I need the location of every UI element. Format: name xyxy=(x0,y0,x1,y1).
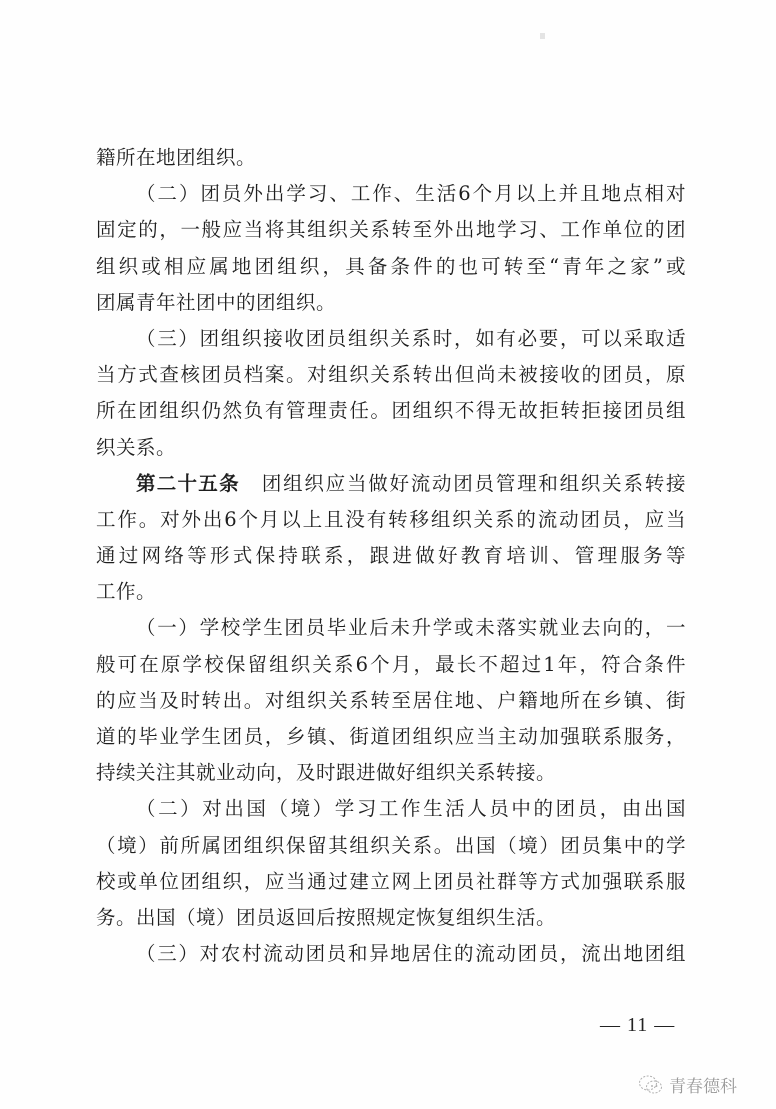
text-line: （三）对农村流动团员和异地居住的流动团员，流出地团组 xyxy=(96,936,686,972)
text-line: 通过网络等形式保持联系，跟进做好教育培训、管理服务等 xyxy=(96,538,686,574)
article-text: 团组织应当做好流动团员管理和组织关系转接 xyxy=(262,472,686,495)
text-line: 组织或相应属地团组织，具备条件的也可转至“青年之家”或 xyxy=(96,249,686,285)
text-line: 务。出国（境）团员返回后按照规定恢复组织生活。 xyxy=(96,900,686,936)
text-line: 持续关注其就业动向，及时跟进做好组织关系转接。 xyxy=(96,755,686,791)
text-line: （二）对出国（境）学习工作生活人员中的团员，由出国 xyxy=(96,791,686,827)
text-line: 工作。 xyxy=(96,574,686,610)
text-line: 团属青年社团中的团组织。 xyxy=(96,285,686,321)
document-page: 籍所在地团组织。 （二）团员外出学习、工作、生活6个月以上并且地点相对 固定的，… xyxy=(0,0,776,1109)
watermark-label: 青春德科 xyxy=(669,1072,737,1097)
document-body: 籍所在地团组织。 （二）团员外出学习、工作、生活6个月以上并且地点相对 固定的，… xyxy=(96,140,686,972)
text-line: （三）团组织接收团员组织关系时，如有必要，可以采取适 xyxy=(96,321,686,357)
text-line: 工作。对外出6个月以上且没有转移组织关系的流动团员，应当 xyxy=(96,502,686,538)
text-line: 固定的，一般应当将其组织关系转至外出地学习、工作单位的团 xyxy=(96,212,686,248)
text-line: 的应当及时转出。对组织关系转至居住地、户籍地所在乡镇、街 xyxy=(96,683,686,719)
article-number: 第二十五条 xyxy=(136,472,240,495)
text-line: 籍所在地团组织。 xyxy=(96,140,686,176)
text-line: 所在团组织仍然负有管理责任。团组织不得无故拒转拒接团员组 xyxy=(96,393,686,429)
text-line: 织关系。 xyxy=(96,430,686,466)
text-line: 道的毕业学生团员，乡镇、街道团组织应当主动加强联系服务， xyxy=(96,719,686,755)
scan-speck xyxy=(540,33,545,39)
text-line: 当方式查核团员档案。对组织关系转出但尚未被接收的团员，原 xyxy=(96,357,686,393)
article-heading-line: 第二十五条团组织应当做好流动团员管理和组织关系转接 xyxy=(96,466,686,502)
text-line: 校或单位团组织，应当通过建立网上团员社群等方式加强联系服 xyxy=(96,864,686,900)
text-line: （二）团员外出学习、工作、生活6个月以上并且地点相对 xyxy=(96,176,686,212)
text-line: （一）学校学生团员毕业后未升学或未落实就业去向的，一 xyxy=(96,610,686,646)
text-line: 般可在原学校保留组织关系6个月，最长不超过1年，符合条件 xyxy=(96,647,686,683)
page-number: — 11 — xyxy=(600,1014,675,1037)
text-line: （境）前所属团组织保留其组织关系。出国（境）团员集中的学 xyxy=(96,828,686,864)
watermark: 青春德科 xyxy=(638,1072,737,1097)
wechat-icon xyxy=(638,1074,664,1096)
